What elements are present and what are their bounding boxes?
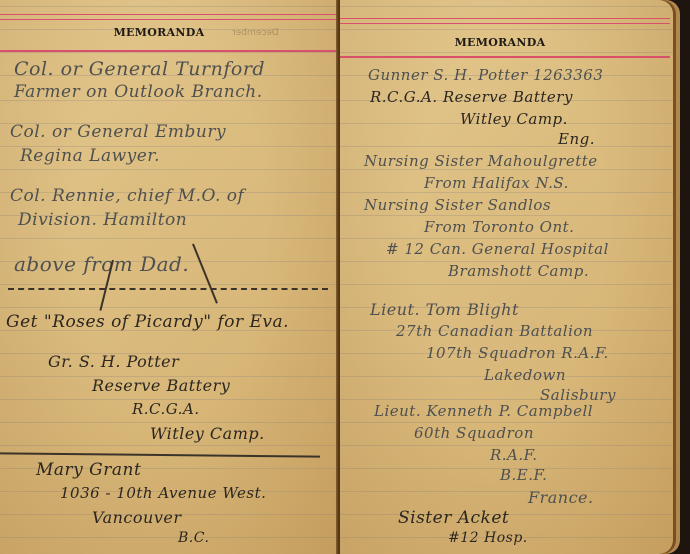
entry-line: Gunner S. H. Potter 1263363	[368, 66, 603, 84]
entry-line: Witley Camp.	[150, 424, 265, 443]
entry-line: Farmer on Outlook Branch.	[14, 82, 263, 102]
entry-line: above from Dad.	[14, 252, 189, 276]
open-notebook: December MEMORANDA Col. or General Turnf…	[0, 0, 690, 554]
entry-line: From Toronto Ont.	[424, 218, 574, 236]
pen-stroke	[192, 244, 217, 304]
entry-line: Bramshott Camp.	[448, 262, 589, 280]
right-page: MEMORANDA Gunner S. H. Potter 1263363 R.…	[340, 0, 680, 554]
entry-line: Sister Acket	[398, 508, 509, 528]
entry-line: Gr. S. H. Potter	[48, 352, 179, 371]
entry-line: Get "Roses of Picardy" for Eva.	[6, 312, 289, 332]
entry-line: Eng.	[558, 130, 595, 148]
page-header: MEMORANDA	[340, 36, 660, 49]
entry-line: #12 Hosp.	[448, 530, 528, 546]
top-red-rule	[0, 14, 338, 20]
entry-line: Nursing Sister Sandlos	[364, 196, 551, 214]
entry-line: From Halifax N.S.	[424, 174, 569, 192]
entry-line: # 12 Can. General Hospital	[386, 240, 609, 258]
entry-line: R.C.G.A.	[132, 400, 200, 418]
entry-line: Col. or General Embury	[10, 122, 226, 142]
entry-line: 1036 - 10th Avenue West.	[60, 484, 266, 502]
entry-line: 27th Canadian Battalion	[396, 322, 593, 340]
top-red-rule	[340, 18, 670, 24]
entry-line: 60th Squadron	[414, 424, 534, 442]
entry-line: Regina Lawyer.	[20, 146, 160, 166]
entry-line: 107th Squadron R.A.F.	[426, 344, 609, 362]
entry-line: R.C.G.A. Reserve Battery	[370, 88, 573, 106]
entry-line: Nursing Sister Mahoulgrette	[364, 152, 598, 170]
left-page: December MEMORANDA Col. or General Turnf…	[0, 0, 339, 554]
entry-line: Lakedown	[484, 366, 566, 384]
entry-line: Vancouver	[92, 508, 181, 527]
header-red-rule	[340, 56, 670, 58]
entry-line: France.	[528, 488, 594, 507]
entry-line: Division. Hamilton	[18, 210, 187, 230]
entry-line: Witley Camp.	[460, 110, 568, 128]
entry-line: Col. or General Turnford	[14, 58, 265, 80]
dashed-separator	[8, 288, 328, 290]
entry-line: R.A.F.	[490, 446, 538, 464]
entry-line: Lieut. Tom Blight	[370, 300, 519, 319]
entry-line: Lieut. Kenneth P. Campbell	[374, 402, 593, 420]
entry-line: B.C.	[178, 530, 209, 546]
entry-line: Col. Rennie, chief M.O. of	[10, 186, 244, 206]
page-header: MEMORANDA	[0, 26, 318, 39]
entry-line: Mary Grant	[36, 460, 141, 480]
strike-line	[0, 452, 320, 457]
header-red-rule	[0, 50, 338, 52]
entry-line: B.E.F.	[500, 466, 547, 484]
entry-line: Reserve Battery	[92, 376, 230, 395]
